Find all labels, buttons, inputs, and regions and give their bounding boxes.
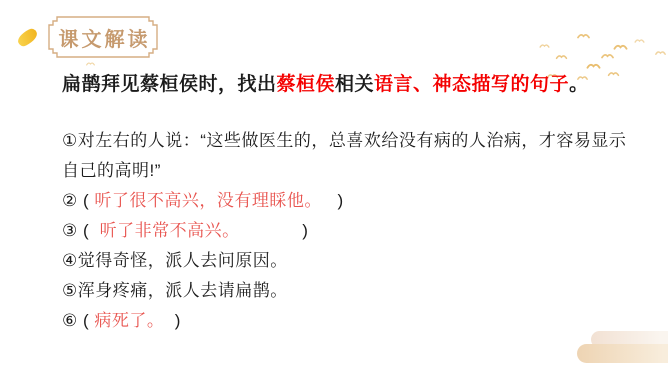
answer-line: ④觉得奇怪，派人去问原因。 — [62, 246, 626, 276]
answer-line: ③ ( 听了非常不高兴。 ) — [62, 216, 626, 246]
answer-line: ② ( 听了很不高兴，没有理睬他。 ) — [62, 186, 626, 216]
text-segment-red: 听了很不高兴，没有理睬他。 — [94, 191, 322, 210]
bird-icon — [586, 62, 600, 70]
text-segment-red: 病死了。 — [94, 311, 164, 330]
bird-icon — [634, 38, 644, 44]
text-segment-red: 语言、神态描写的句子 — [374, 74, 569, 95]
text-segment-black: ) — [164, 311, 181, 330]
answer-line: ⑤浑身疼痛，派人去请扁鹊。 — [62, 276, 626, 306]
bird-icon — [655, 50, 666, 56]
text-segment-black: ) — [322, 191, 344, 210]
lesson-question: 扁鹊拜见蔡桓侯时，找出蔡桓侯相关语言、神态描写的句子。 — [62, 72, 589, 98]
bird-icon — [539, 43, 549, 49]
answer-line: ⑥ ( 病死了。 ) — [62, 306, 626, 336]
text-segment-black: 自己的高明!” — [62, 161, 161, 180]
section-badge-label: 课文解读 — [41, 14, 165, 60]
text-segment-black: ) — [240, 221, 309, 240]
bird-icon — [577, 32, 590, 39]
text-segment-black: ③ ( — [62, 221, 100, 240]
text-segment-black: ①对左右的人说：“这些做医生的，总喜欢给没有病的人治病，才容易显示 — [62, 131, 626, 150]
text-segment-black: ② ( — [62, 191, 94, 210]
answer-list: ①对左右的人说：“这些做医生的，总喜欢给没有病的人治病，才容易显示自己的高明!”… — [62, 126, 626, 336]
leaf-icon — [15, 27, 40, 48]
bird-icon — [86, 61, 95, 66]
text-segment-black: 。 — [569, 74, 589, 95]
text-segment-red: 蔡桓侯 — [277, 74, 336, 95]
bottom-decor-bar-lower — [577, 344, 668, 363]
text-segment-black: 相关 — [335, 74, 374, 95]
text-segment-black: 扁鹊拜见蔡桓侯时，找出 — [62, 74, 277, 95]
bird-icon — [613, 43, 627, 51]
bird-icon — [601, 52, 614, 59]
slide: 课文解读 扁鹊拜见蔡桓侯时，找出蔡桓侯相关语言、神态描写的句子。 ①对左右的人说… — [0, 0, 668, 376]
answer-line: ①对左右的人说：“这些做医生的，总喜欢给没有病的人治病，才容易显示 — [62, 126, 626, 156]
text-segment-black: ⑤浑身疼痛，派人去请扁鹊。 — [62, 281, 288, 300]
text-segment-black: ④觉得奇怪，派人去问原因。 — [62, 251, 288, 270]
text-segment-black: ⑥ ( — [62, 311, 94, 330]
text-segment-red: 听了非常不高兴。 — [100, 221, 240, 240]
bird-icon — [556, 53, 568, 59]
answer-line: 自己的高明!” — [62, 156, 626, 186]
section-badge: 课文解读 — [41, 14, 165, 60]
bird-icon — [608, 70, 620, 76]
